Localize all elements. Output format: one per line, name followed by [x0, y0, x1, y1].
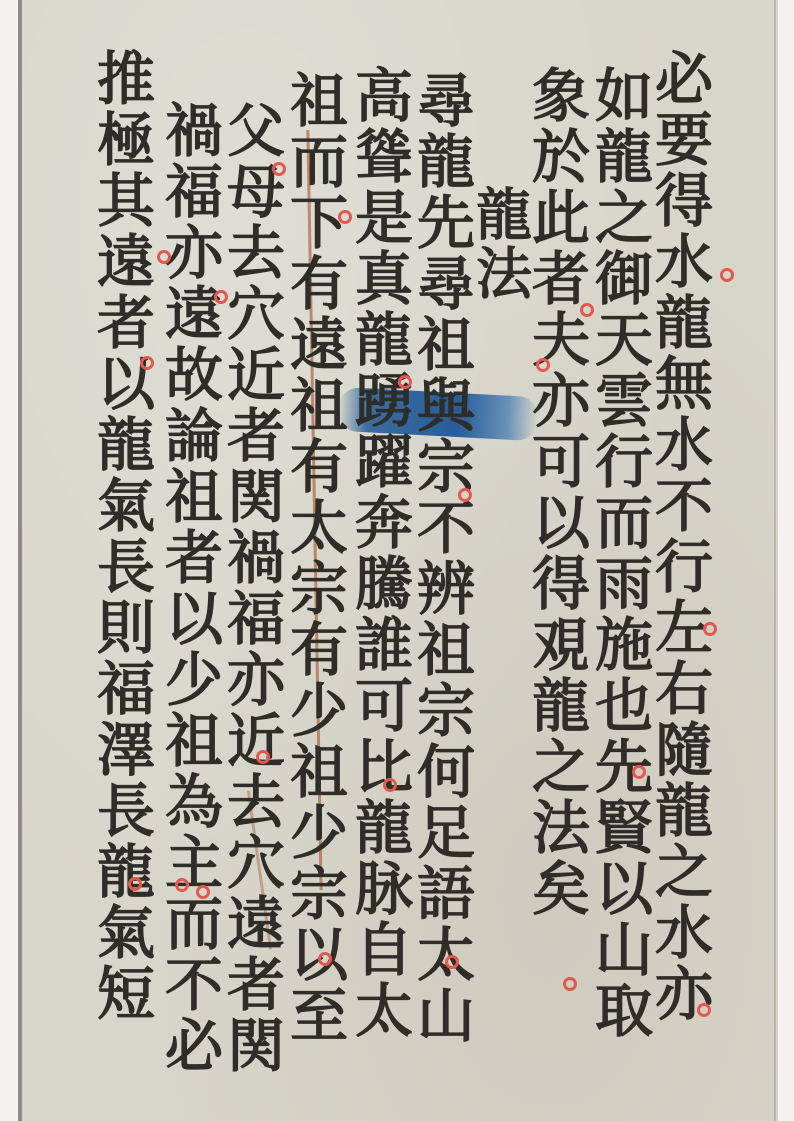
punctuation-circle [157, 250, 171, 264]
punctuation-circle [318, 952, 332, 966]
text-column-2: 如龍之御天雲行而雨施也先賢以山取 [590, 65, 648, 1041]
punctuation-circle [140, 356, 154, 370]
page-right-edge [774, 0, 776, 1121]
punctuation-circle [697, 1003, 711, 1017]
section-heading: 龍法 [472, 185, 528, 303]
punctuation-circle [398, 375, 412, 389]
punctuation-circle [563, 977, 577, 991]
punctuation-circle [703, 622, 717, 636]
punctuation-circle [175, 878, 189, 892]
text-column-6: 高聳是真龍踴躍奔騰誰可比龍脉自太 [350, 65, 408, 1041]
punctuation-circle [128, 877, 142, 891]
punctuation-circle [632, 765, 646, 779]
text-column-8: 父母去穴近者関禍福亦近去穴遠者関 [222, 100, 280, 1076]
punctuation-circle [256, 750, 270, 764]
punctuation-circle [383, 778, 397, 792]
punctuation-circle [536, 358, 550, 372]
punctuation-circle [272, 162, 286, 176]
punctuation-circle [214, 290, 228, 304]
punctuation-circle [445, 955, 459, 969]
punctuation-circle [580, 303, 594, 317]
text-column-1: 必要得水龍無水不行左右隨龍之水亦 [650, 48, 708, 1024]
punctuation-circle [196, 885, 210, 899]
text-column-10: 推極其遠者以龍氣長則福澤長龍氣短 [92, 48, 150, 1024]
punctuation-circle [458, 488, 472, 502]
text-column-9: 禍福亦遠故論祖者以少祖為主而不必 [160, 100, 218, 1076]
punctuation-circle [338, 210, 352, 224]
text-column-3: 象於此者夫亦可以得覌龍之法矣 [527, 65, 585, 919]
page-left-edge [18, 0, 22, 1121]
text-column-5: 尋龍先尋祖與宗不辨祖宗何足語太山 [412, 70, 470, 1046]
text-column-7: 祖而下有遠祖有太宗有少祖少宗以至 [285, 70, 343, 1046]
punctuation-circle [720, 268, 734, 282]
